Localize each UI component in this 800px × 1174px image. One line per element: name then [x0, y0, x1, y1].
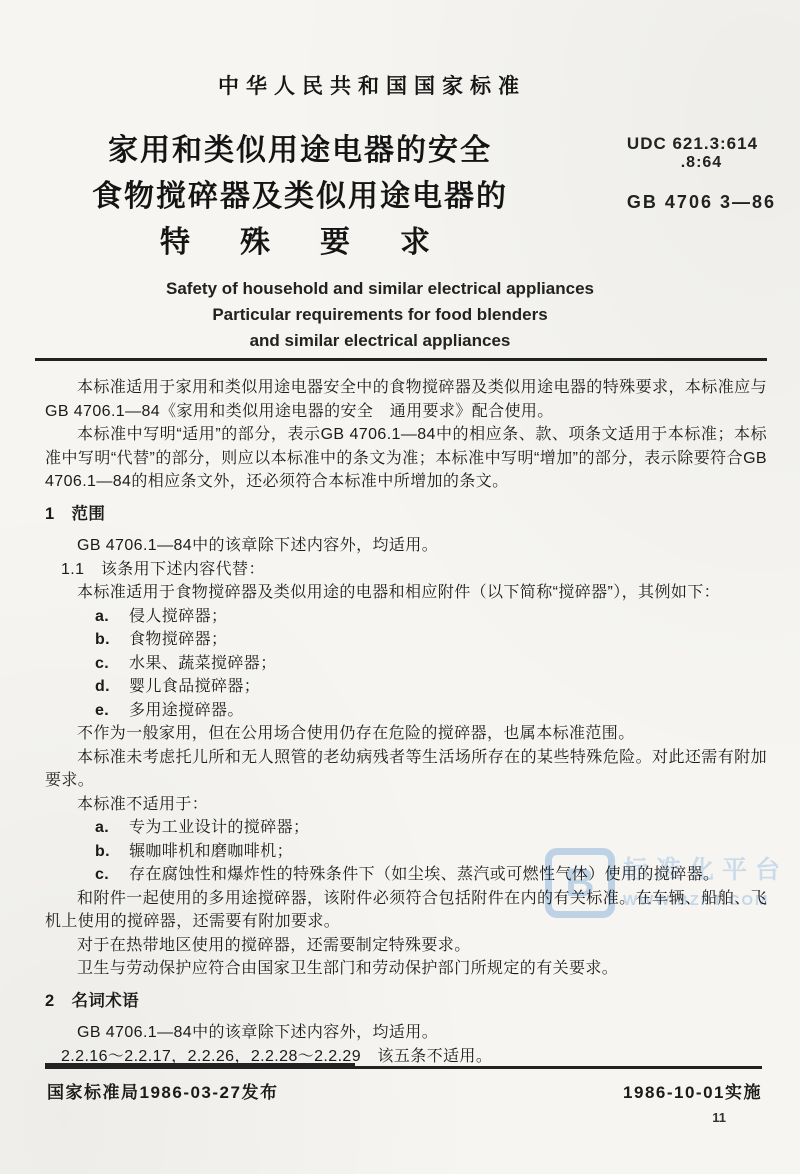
section-1-special-hazard: 本标准未考虑托儿所和无人照管的老幼病残者等生活场所存在的某些特殊危险。对此还需有…: [45, 746, 767, 793]
section-1-public-use: 不作为一般家用，但在公用场合使用仍存在危险的搅碎器，也属本标准范围。: [45, 722, 767, 746]
example-item-a-label: a.: [95, 605, 129, 629]
section-1-attachments: 和附件一起使用的多用途搅碎器，该附件必须符合包括附件在内的有关标准。在车辆、船舶…: [45, 887, 767, 934]
exclusion-item-c-label: c.: [95, 863, 129, 887]
title-block: 家用和类似用途电器的安全 食物搅碎器及类似用途电器的 特 殊 要 求 UDC 6…: [0, 128, 800, 266]
title-en-line-2: Particular requirements for food blender…: [50, 302, 710, 328]
udc-code-line-2: .8:64: [627, 154, 776, 172]
title-line-2: 食物搅碎器及类似用途电器的: [0, 174, 600, 220]
exclusion-item-b: b.辗咖啡机和磨咖啡机；: [95, 840, 767, 864]
example-item-b: b.食物搅碎器；: [95, 628, 767, 652]
section-1-hygiene: 卫生与劳动保护应符合由国家卫生部门和劳动保护部门所规定的有关要求。: [45, 957, 767, 981]
example-item-e-label: e.: [95, 699, 129, 723]
example-item-c-text: 水果、蔬菜搅碎器；: [129, 655, 277, 672]
header-divider-rule: [35, 358, 767, 361]
classification-codes: UDC 621.3:614 .8:64 GB 4706 3—86: [627, 134, 776, 213]
document-body: 本标准适用于家用和类似用途电器安全中的食物搅碎器及类似用途电器的特殊要求，本标准…: [45, 376, 767, 1068]
issue-date-text: 国家标准局1986-03-27发布: [47, 1078, 278, 1103]
example-item-e-text: 多用途搅碎器。: [129, 702, 244, 719]
section-2-scope: GB 4706.1—84中的该章除下述内容外，均适用。: [45, 1021, 767, 1045]
section-2-clauses: 2.2.16～2.2.17，2.2.26，2.2.28～2.2.29 该五条不适…: [45, 1045, 767, 1069]
section-1-heading: 1 范围: [45, 503, 767, 527]
section-2-heading: 2 名词术语: [45, 990, 767, 1014]
example-item-a: a.侵人搅碎器；: [95, 605, 767, 629]
example-item-d-label: d.: [95, 675, 129, 699]
intro-paragraph-2: 本标准中写明“适用”的部分，表示GB 4706.1—84中的相应条、款、项条文适…: [45, 423, 767, 494]
intro-paragraph-1: 本标准适用于家用和类似用途电器安全中的食物搅碎器及类似用途电器的特殊要求，本标准…: [45, 376, 767, 423]
footer-row: 国家标准局1986-03-27发布 1986-10-01实施: [47, 1078, 762, 1103]
section-1-tropical: 对于在热带地区使用的搅碎器，还需要制定特殊要求。: [45, 934, 767, 958]
example-item-d-text: 婴儿食品搅碎器；: [129, 678, 260, 695]
exclusion-item-c-text: 存在腐蚀性和爆炸性的特殊条件下（如尘埃、蒸汽或可燃性气体）使用的搅碎器。: [129, 866, 719, 883]
example-item-e: e.多用途搅碎器。: [95, 699, 767, 723]
exclusion-item-b-text: 辗咖啡机和磨咖啡机；: [129, 843, 293, 860]
section-1-apply: 本标准适用于食物搅碎器及类似用途的电器和相应附件（以下简称“搅碎器”），其例如下…: [45, 581, 767, 605]
exclusion-item-a: a.专为工业设计的搅碎器；: [95, 816, 767, 840]
standard-number: GB 4706 3—86: [627, 192, 776, 213]
section-1-scope: GB 4706.1—84中的该章除下述内容外，均适用。: [45, 534, 767, 558]
udc-code-line-1: UDC 621.3:614: [627, 134, 776, 154]
standard-title-en: Safety of household and similar electric…: [50, 276, 710, 354]
title-en-line-1: Safety of household and similar electric…: [50, 276, 710, 302]
effective-date-text: 1986-10-01实施: [623, 1078, 762, 1103]
section-1-not-apply: 本标准不适用于：: [45, 793, 767, 817]
exclusion-item-b-label: b.: [95, 840, 129, 864]
example-item-c-label: c.: [95, 652, 129, 676]
national-standard-header: 中华人民共和国国家标准: [0, 0, 744, 100]
clause-1-1: 1.1 该条用下述内容代替：: [45, 558, 767, 582]
title-en-line-3: and similar electrical appliances: [50, 328, 710, 354]
exclusion-item-a-label: a.: [95, 816, 129, 840]
example-item-a-text: 侵人搅碎器；: [129, 608, 227, 625]
example-item-b-label: b.: [95, 628, 129, 652]
exclusion-item-c: c.存在腐蚀性和爆炸性的特殊条件下（如尘埃、蒸汽或可燃性气体）使用的搅碎器。: [95, 863, 767, 887]
example-item-d: d.婴儿食品搅碎器；: [95, 675, 767, 699]
scanned-standard-page: 中华人民共和国国家标准 家用和类似用途电器的安全 食物搅碎器及类似用途电器的 特…: [0, 0, 800, 1174]
title-line-3: 特 殊 要 求: [0, 220, 600, 266]
exclusion-item-a-text: 专为工业设计的搅碎器；: [129, 819, 309, 836]
example-item-b-text: 食物搅碎器；: [129, 631, 227, 648]
page-number: 11: [712, 1110, 726, 1125]
title-line-1: 家用和类似用途电器的安全: [0, 128, 600, 174]
standard-title-cn: 家用和类似用途电器的安全 食物搅碎器及类似用途电器的 特 殊 要 求: [0, 128, 600, 266]
example-item-c: c.水果、蔬菜搅碎器；: [95, 652, 767, 676]
